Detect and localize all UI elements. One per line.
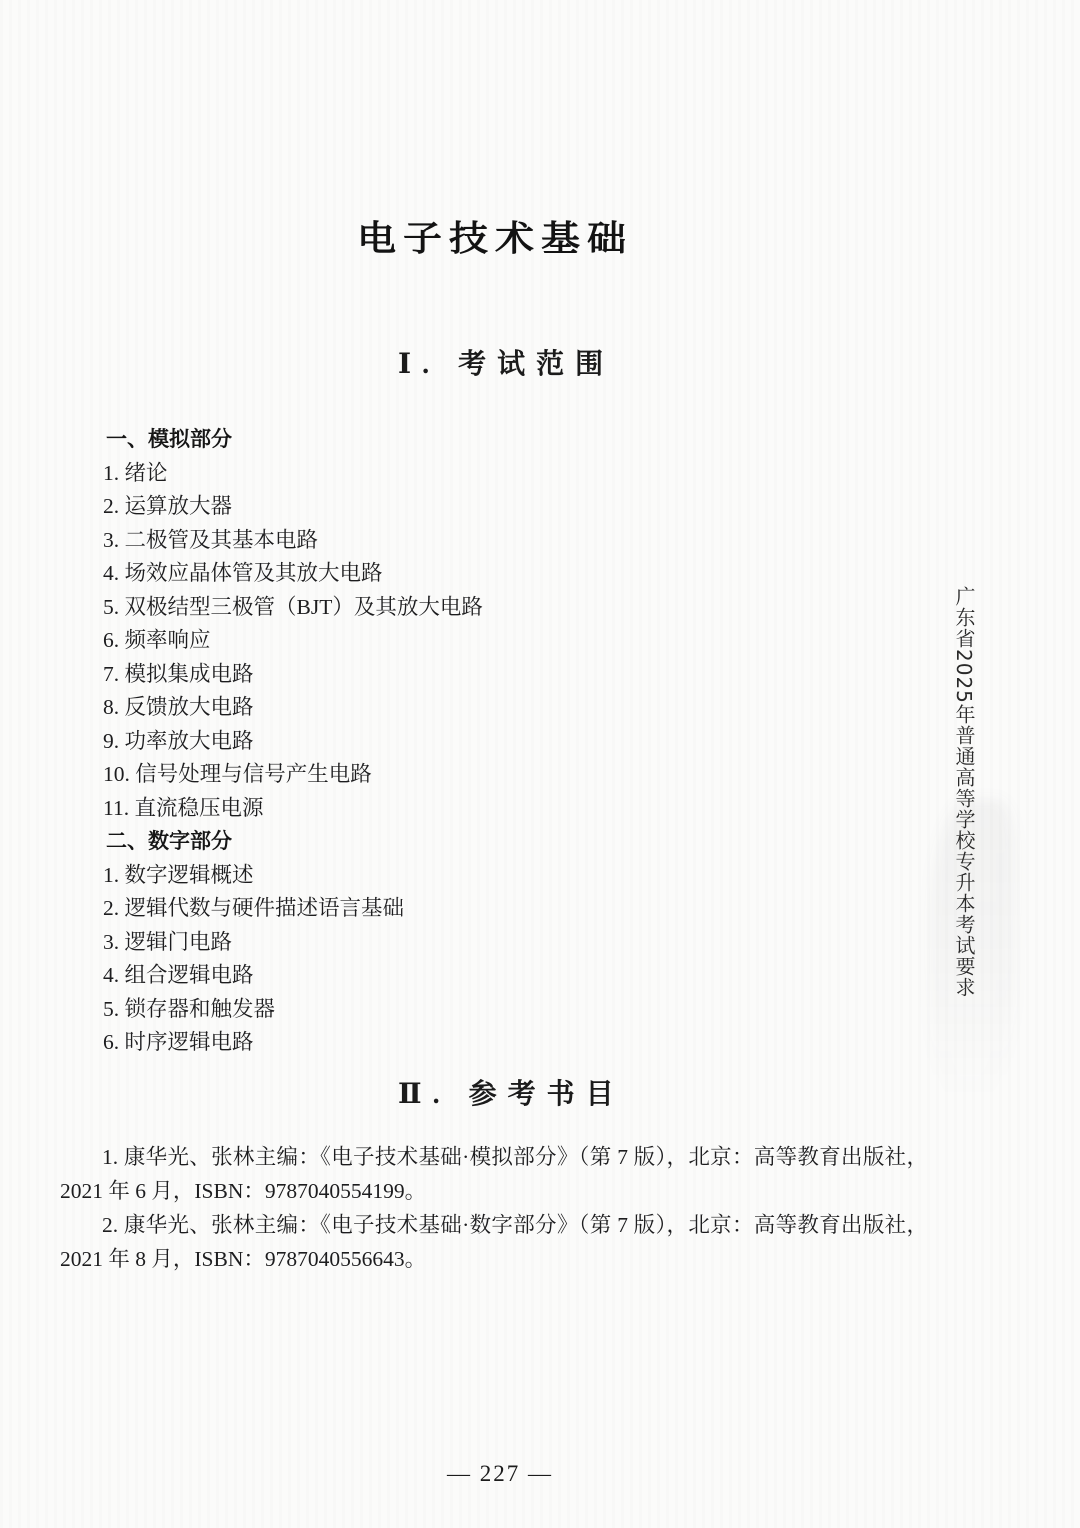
exam-scope-list: 一、模拟部分 1. 绪论 2. 运算放大器 3. 二极管及其基本电路 4. 场效…	[103, 423, 483, 1060]
list-item: 5. 锁存器和触发器	[103, 993, 483, 1027]
section-heading-exam-scope: Ⅰ. 考试范围	[398, 342, 614, 382]
list-item: 2. 逻辑代数与硬件描述语言基础	[103, 892, 483, 926]
list-item: 11. 直流稳压电源	[103, 792, 483, 826]
reference-item: 2. 康华光、张林主编：《电子技术基础·数字部分》（第 7 版），北京：高等教育…	[60, 1208, 928, 1276]
list-item: 1. 数字逻辑概述	[103, 859, 483, 893]
section-heading-references: Ⅱ. 参考书目	[398, 1072, 625, 1112]
list-item: 7. 模拟集成电路	[103, 658, 483, 692]
list-item: 4. 组合逻辑电路	[103, 959, 483, 993]
list-item: 4. 场效应晶体管及其放大电路	[103, 557, 483, 591]
list-item: 2. 运算放大器	[103, 490, 483, 524]
list-item: 9. 功率放大电路	[103, 725, 483, 759]
list-item: 6. 频率响应	[103, 624, 483, 658]
list-item: 3. 二极管及其基本电路	[103, 524, 483, 558]
page-title: 电子技术基础	[0, 211, 990, 261]
list-item: 6. 时序逻辑电路	[103, 1026, 483, 1060]
list-item: 5. 双极结型三极管（BJT）及其放大电路	[103, 591, 483, 625]
list-item: 3. 逻辑门电路	[103, 926, 483, 960]
reference-item: 1. 康华光、张林主编：《电子技术基础·模拟部分》（第 7 版），北京：高等教育…	[60, 1140, 928, 1208]
list-item: 1. 绪论	[103, 457, 483, 491]
sidebar-vertical-label: 广东省2025年普通高等学校专升本考试要求	[950, 586, 979, 998]
part-title-analog: 一、模拟部分	[103, 423, 483, 457]
list-item: 10. 信号处理与信号产生电路	[103, 758, 483, 792]
part-title-digital: 二、数字部分	[103, 825, 483, 859]
page-number: — 227 —	[0, 1461, 1000, 1487]
reference-list: 1. 康华光、张林主编：《电子技术基础·模拟部分》（第 7 版），北京：高等教育…	[60, 1140, 928, 1276]
list-item: 8. 反馈放大电路	[103, 691, 483, 725]
